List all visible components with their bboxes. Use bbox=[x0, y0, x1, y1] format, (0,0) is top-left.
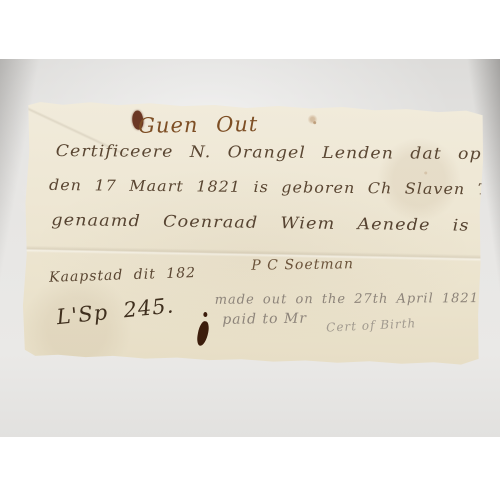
foxing-speck bbox=[233, 362, 236, 365]
ink-blot-dot bbox=[203, 312, 207, 317]
handwritten-amount: L'Sp 245. bbox=[55, 293, 175, 329]
handwritten-body-line-3: genaamd Coenraad Wiem Aenede is Asia. bbox=[51, 210, 500, 236]
handwritten-signature: P C Soetman bbox=[251, 256, 354, 274]
handwritten-body-line-2: den 17 Maart 1821 is geboren Ch Slaven T… bbox=[49, 176, 500, 199]
pencil-paid-line: paid to Mr bbox=[222, 311, 307, 328]
handwritten-place-line: Kaapstad dit 182 bbox=[49, 265, 196, 286]
manuscript-paper: Guen Out Certificeere N. Orangel Lenden … bbox=[21, 99, 484, 366]
foxing-speck bbox=[424, 171, 427, 174]
handwritten-body-line-1: Certificeere N. Orangel Lenden dat op bbox=[56, 141, 482, 163]
photo-background: Guen Out Certificeere N. Orangel Lenden … bbox=[0, 59, 500, 437]
ink-blot bbox=[196, 320, 210, 346]
pencil-cert-of-birth-note: Cert of Birth bbox=[326, 316, 417, 334]
pencil-made-out-line: made out on the 27th April 1821 bbox=[215, 291, 479, 308]
foxing-speck bbox=[313, 121, 316, 124]
handwritten-title: Guen Out bbox=[138, 112, 258, 138]
